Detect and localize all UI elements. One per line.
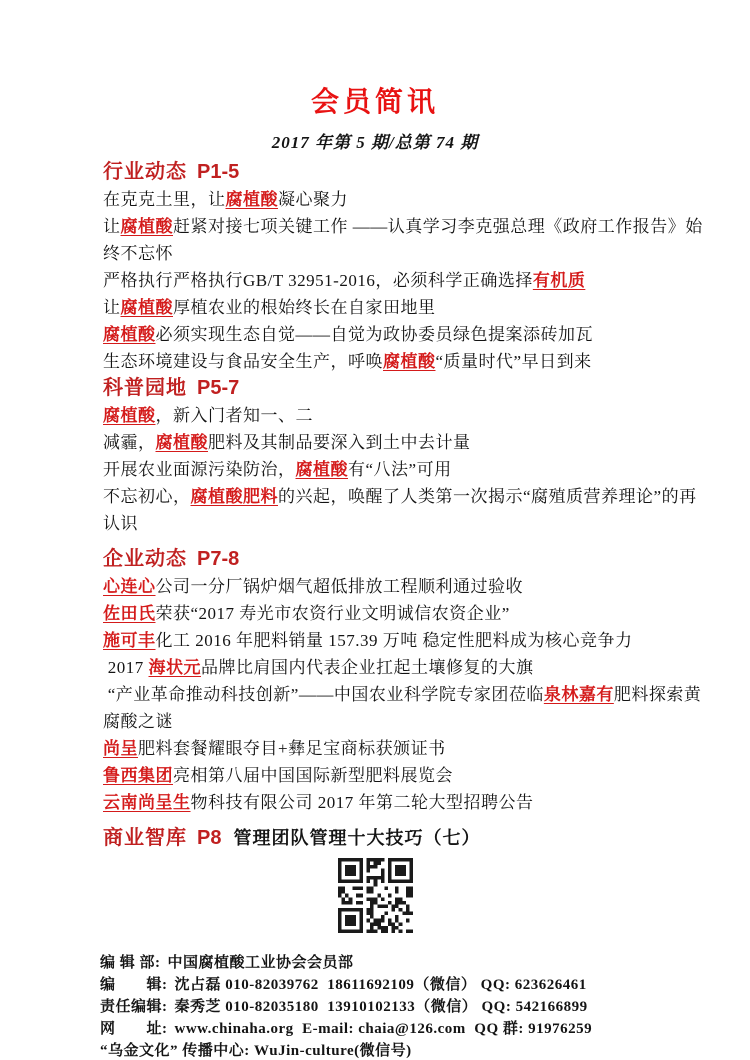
footer-line: 责任编辑:秦秀芝 010-82035180 13910102133（微信） QQ… [100,996,750,1018]
footer-label: 责任编辑: [100,999,168,1015]
toc-line-text: 亮相第八届中国国际新型肥料展览会 [173,766,453,785]
qr-wrap [0,858,750,938]
issue-line: 2017 年第 5 期/总第 74 期 [0,128,750,153]
toc-line-text: 必须实现生态自觉——自觉为政协委员绿色提案添砖加瓦 [156,325,594,344]
section-1: 科普园地P5-7腐植酸，新入门者知一、二减霾，腐植酸肥料及其制品要深入到土中去计… [103,375,712,537]
section-heading: 科普园地P5-7 [103,375,712,402]
footer-value: 中国腐植酸工业协会会员部 [168,955,354,971]
toc-line-text: 厚植农业的根始终长在自家田地里 [173,298,436,317]
toc-line: 严格执行严格执行GB/T 32951-2016，必须科学正确选择有机质 [103,267,712,294]
toc-line-text: 让 [103,298,121,317]
section-0: 行业动态P1-5在克克土里，让腐植酸凝心聚力让腐植酸赶紧对接七项关键工作 ——认… [103,159,712,375]
toc-line-text: “产业革命推动科技创新”——中国农业科学院专家团莅临 [103,685,544,704]
section-page-ref: P7-8 [197,548,239,570]
highlighted-term: 腐植酸 [383,352,436,371]
toc-line-text: 肥料及其制品要深入到土中去计量 [208,433,471,452]
highlighted-term: 腐植酸 [296,460,349,479]
toc-line-text: 荣获“2017 寿光市农资行业文明诚信农资企业” [156,604,510,623]
section-heading-text: 企业动态 [103,548,187,570]
toc-line-text: 在克克土里，让 [103,190,226,209]
toc-line: 让腐植酸厚植农业的根始终长在自家田地里 [103,294,712,321]
toc-line-text: “质量时代”早日到来 [436,352,592,371]
toc-line-text: 凝心聚力 [278,190,348,209]
toc-line-text: 生态环境建设与食品安全生产，呼唤 [103,352,383,371]
toc-line: 在克克土里，让腐植酸凝心聚力 [103,186,712,213]
toc-line-text: 让 [103,217,121,236]
toc-line-text: 减霾， [103,433,156,452]
highlighted-term: 海状元 [149,658,202,677]
footer-line: “乌金文化” 传播中心: WuJin-culture(微信号) [100,1040,750,1060]
toc-line: “产业革命推动科技创新”——中国农业科学院专家团莅临泉林嘉有肥料探索黄腐酸之谜 [103,681,712,735]
section-2: 企业动态P7-8心连心公司一分厂锅炉烟气超低排放工程顺利通过验收佐田氏荣获“20… [103,546,712,816]
toc-line-text: 物科技有限公司 2017 年第二轮大型招聘公告 [191,793,534,812]
footer-value: “乌金文化” 传播中心: WuJin-culture(微信号) [100,1043,412,1059]
section-heading: 企业动态P7-8 [103,546,712,573]
footer-editorial-block: 编 辑 部:中国腐植酸工业协会会员部编 辑:沈占磊 010-82039762 1… [0,952,750,1060]
highlighted-term: 佐田氏 [103,604,156,623]
footer-label: 网 址: [100,1021,168,1037]
toc-line: 减霾，腐植酸肥料及其制品要深入到土中去计量 [103,429,712,456]
toc-line-text: ，新入门者知一、二 [156,406,314,425]
qr-code [338,858,413,933]
toc-line: 生态环境建设与食品安全生产，呼唤腐植酸“质量时代”早日到来 [103,348,712,375]
toc-line: 云南尚呈生物科技有限公司 2017 年第二轮大型招聘公告 [103,789,712,816]
toc-line: 2017 海状元品牌比肩国内代表企业扛起土壤修复的大旗 [103,654,712,681]
section-heading-text: 科普园地 [103,377,187,399]
toc-line-text: 化工 2016 年肥料销量 157.39 万吨 稳定性肥料成为核心竞争力 [156,631,633,650]
newsletter-page: 会员简讯 2017 年第 5 期/总第 74 期 行业动态P1-5在克克土里，让… [0,0,750,1060]
highlighted-term: 心连心 [103,577,156,596]
toc-line: 鲁西集团亮相第八届中国国际新型肥料展览会 [103,762,712,789]
toc-line: 腐植酸，新入门者知一、二 [103,402,712,429]
highlighted-term: 腐植酸 [121,217,174,236]
footer-line: 编 辑:沈占磊 010-82039762 18611692109（微信） QQ:… [100,974,750,996]
toc-line-text: 肥料套餐耀眼夺目+彝足宝商标获颁证书 [138,739,446,758]
footer-line: 编 辑 部:中国腐植酸工业协会会员部 [100,952,750,974]
highlighted-term: 腐植酸 [156,433,209,452]
toc-line: 心连心公司一分厂锅炉烟气超低排放工程顺利通过验收 [103,573,712,600]
section-page-ref: P1-5 [197,161,239,183]
section-page-ref: P5-7 [197,377,239,399]
newsletter-title: 会员简讯 [0,88,750,119]
footer-line: 网 址:www.chinaha.org E-mail: chaia@126.co… [100,1018,750,1040]
highlighted-term: 腐植酸肥料 [191,487,279,506]
toc-line-text: 公司一分厂锅炉烟气超低排放工程顺利通过验收 [156,577,524,596]
toc-line: 佐田氏荣获“2017 寿光市农资行业文明诚信农资企业” [103,600,712,627]
section-heading: 行业动态P1-5 [103,159,712,186]
highlighted-term: 腐植酸 [103,325,156,344]
toc-line-text: 赶紧对接七项关键工作 ——认真学习李克强总理《政府工作报告》始终不忘怀 [103,217,703,263]
toc-line: 不忘初心，腐植酸肥料的兴起，唤醒了人类第一次揭示“腐殖质营养理论”的再认识 [103,483,712,537]
highlighted-term: 有机质 [533,271,586,290]
toc-line: 让腐植酸赶紧对接七项关键工作 ——认真学习李克强总理《政府工作报告》始终不忘怀 [103,213,712,267]
section-3: 商业智库P8管理团队管理十大技巧（七） [103,825,712,852]
toc-line-text: 严格执行严格执行GB/T 32951-2016，必须科学正确选择 [103,271,533,290]
highlighted-term: 尚呈 [103,739,138,758]
footer-label: 编 辑 部: [100,955,161,971]
section-heading: 商业智库P8管理团队管理十大技巧（七） [103,825,712,852]
section-page-ref: P8 [197,827,221,849]
toc-line: 尚呈肥料套餐耀眼夺目+彝足宝商标获颁证书 [103,735,712,762]
footer-value: 沈占磊 010-82039762 18611692109（微信） QQ: 623… [175,977,587,993]
toc-line-text: 开展农业面源污染防治， [103,460,296,479]
highlighted-term: 腐植酸 [103,406,156,425]
section-inline-title: 管理团队管理十大技巧（七） [233,828,480,848]
toc-line: 腐植酸必须实现生态自觉——自觉为政协委员绿色提案添砖加瓦 [103,321,712,348]
highlighted-term: 云南尚呈生 [103,793,191,812]
footer-value: 秦秀芝 010-82035180 13910102133（微信） QQ: 542… [175,999,588,1015]
toc-line: 施可丰化工 2016 年肥料销量 157.39 万吨 稳定性肥料成为核心竞争力 [103,627,712,654]
section-heading-text: 商业智库 [103,827,187,849]
table-of-contents: 行业动态P1-5在克克土里，让腐植酸凝心聚力让腐植酸赶紧对接七项关键工作 ——认… [0,159,750,852]
highlighted-term: 鲁西集团 [103,766,173,785]
footer-label: 编 辑: [100,977,168,993]
toc-line-text: 不忘初心， [103,487,191,506]
highlighted-term: 腐植酸 [121,298,174,317]
toc-line-text: 有“八法”可用 [348,460,452,479]
toc-line: 开展农业面源污染防治，腐植酸有“八法”可用 [103,456,712,483]
toc-line-text: 品牌比肩国内代表企业扛起土壤修复的大旗 [201,658,534,677]
highlighted-term: 施可丰 [103,631,156,650]
highlighted-term: 泉林嘉有 [544,685,614,704]
toc-line-text: 2017 [103,658,149,677]
footer-value: www.chinaha.org E-mail: chaia@126.com QQ… [175,1021,593,1037]
section-heading-text: 行业动态 [103,161,187,183]
highlighted-term: 腐植酸 [226,190,279,209]
